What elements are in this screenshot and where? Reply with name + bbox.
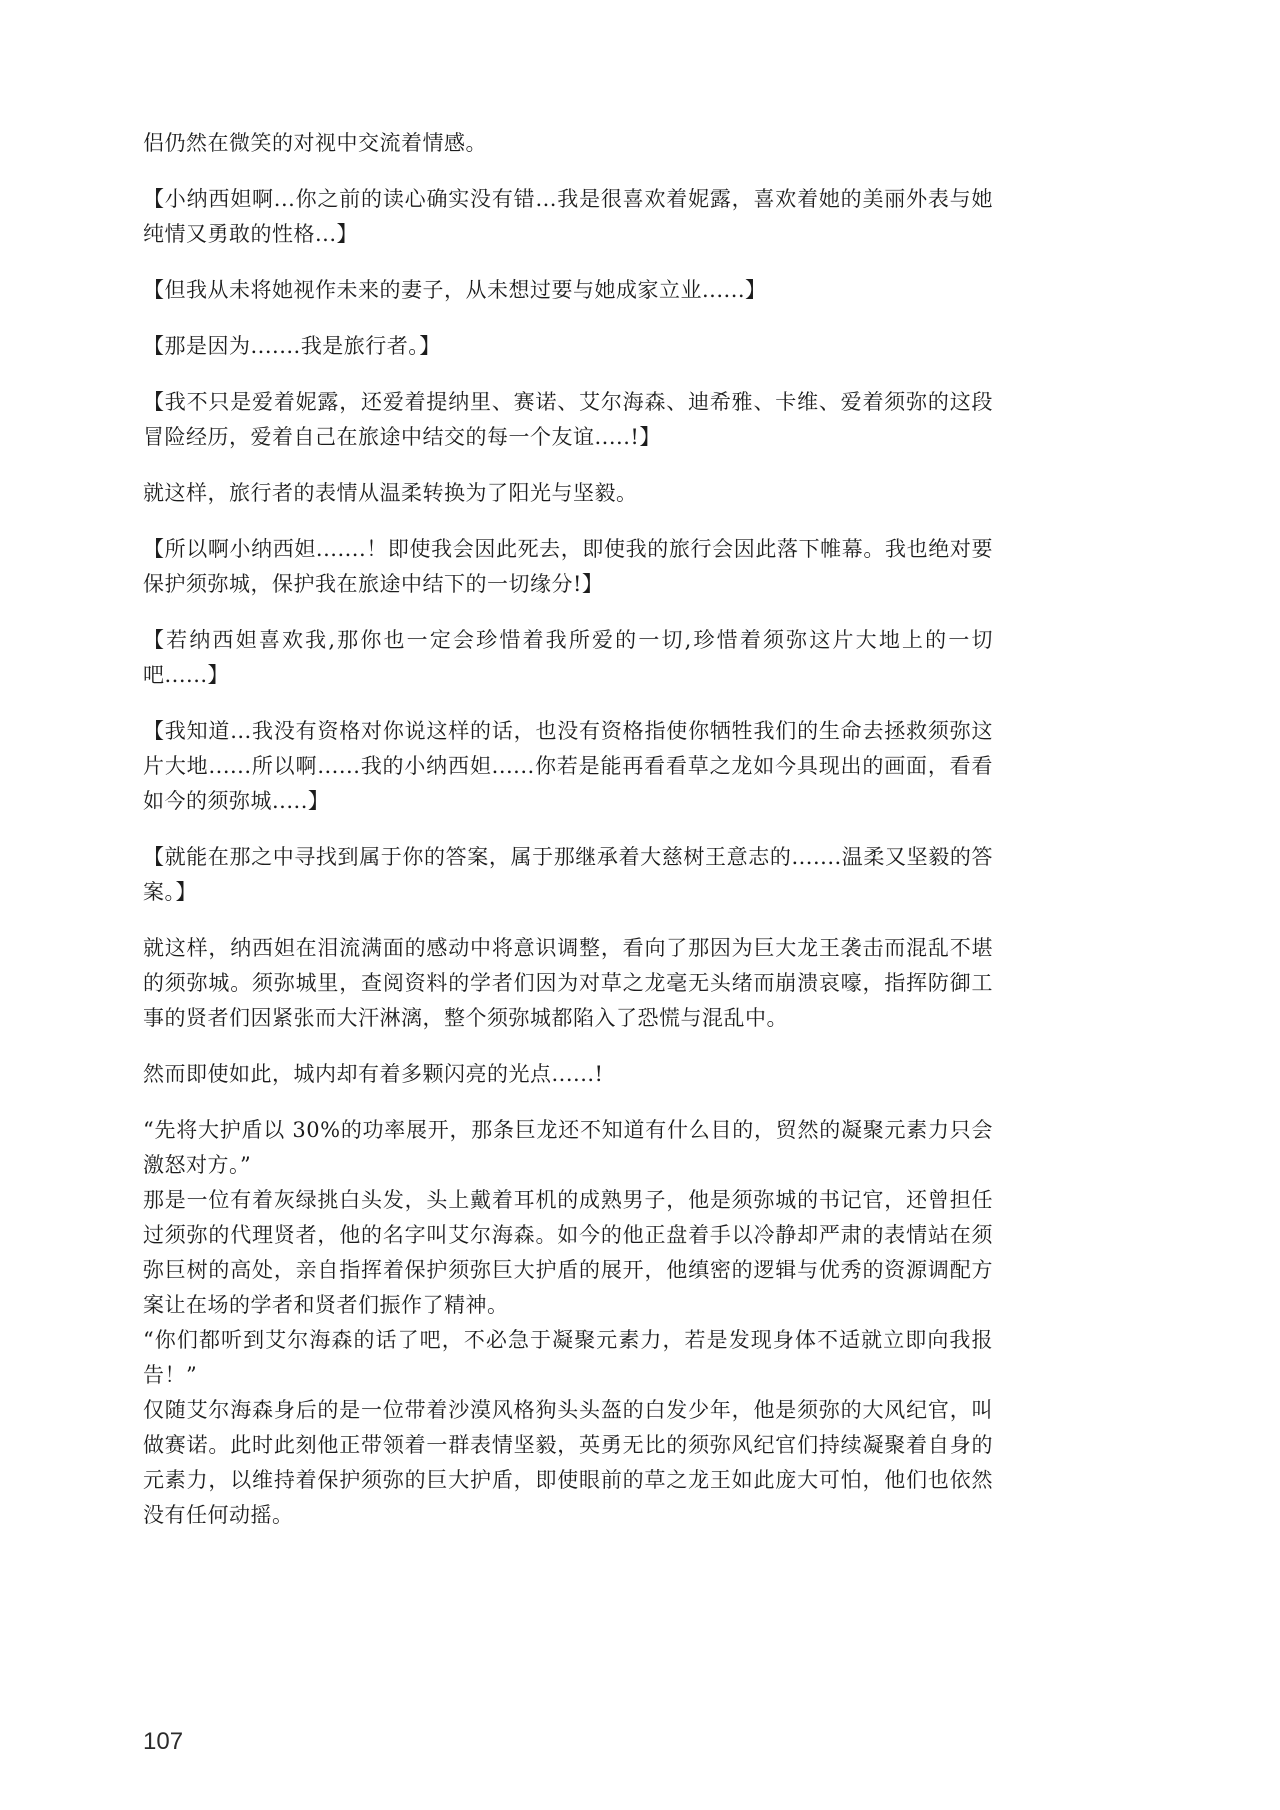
paragraph: 【我不只是爱着妮露，还爱着提纳里、赛诺、艾尔海森、迪希雅、卡维、爱着须弥的这段冒… — [143, 385, 993, 455]
paragraph: 仅随艾尔海森身后的是一位带着沙漠风格狗头头盔的白发少年，他是须弥的大风纪官，叫做… — [143, 1393, 993, 1533]
paragraph: 【所以啊小纳西妲.......！即使我会因此死去，即使我的旅行会因此落下帷幕。我… — [143, 532, 993, 602]
paragraph: 【就能在那之中寻找到属于你的答案，属于那继承着大慈树王意志的.......温柔又… — [143, 840, 993, 910]
text-block: 侣仍然在微笑的对视中交流着情感。 【小纳西妲啊...你之前的读心确实没有错...… — [143, 126, 993, 1533]
paragraph: 就这样，纳西妲在泪流满面的感动中将意识调整，看向了那因为巨大龙王袭击而混乱不堪的… — [143, 931, 993, 1036]
paragraph: 那是一位有着灰绿挑白头发，头上戴着耳机的成熟男子，他是须弥城的书记官，还曾担任过… — [143, 1183, 993, 1323]
paragraph: 侣仍然在微笑的对视中交流着情感。 — [143, 126, 993, 161]
paragraph: 【若纳西妲喜欢我,那你也一定会珍惜着我所爱的一切,珍惜着须弥这片大地上的一切吧.… — [143, 623, 993, 693]
paragraph: 【那是因为.......我是旅行者。】 — [143, 329, 993, 364]
paragraph: 【但我从未将她视作未来的妻子，从未想过要与她成家立业......】 — [143, 273, 993, 308]
page-number: 107 — [143, 1728, 183, 1756]
document-page: 侣仍然在微笑的对视中交流着情感。 【小纳西妲啊...你之前的读心确实没有错...… — [0, 0, 1280, 1810]
paragraph: 【小纳西妲啊...你之前的读心确实没有错...我是很喜欢着妮露，喜欢着她的美丽外… — [143, 182, 993, 252]
paragraph-dialogue: “你们都听到艾尔海森的话了吧，不必急于凝聚元素力，若是发现身体不适就立即向我报告… — [143, 1323, 993, 1393]
paragraph-dialogue: “先将大护盾以 30%的功率展开，那条巨龙还不知道有什么目的，贸然的凝聚元素力只… — [143, 1113, 993, 1183]
paragraph: 【我知道...我没有资格对你说这样的话，也没有资格指使你牺牲我们的生命去拯救须弥… — [143, 714, 993, 819]
paragraph: 然而即使如此，城内却有着多颗闪亮的光点......! — [143, 1057, 993, 1092]
paragraph: 就这样，旅行者的表情从温柔转换为了阳光与坚毅。 — [143, 476, 993, 511]
